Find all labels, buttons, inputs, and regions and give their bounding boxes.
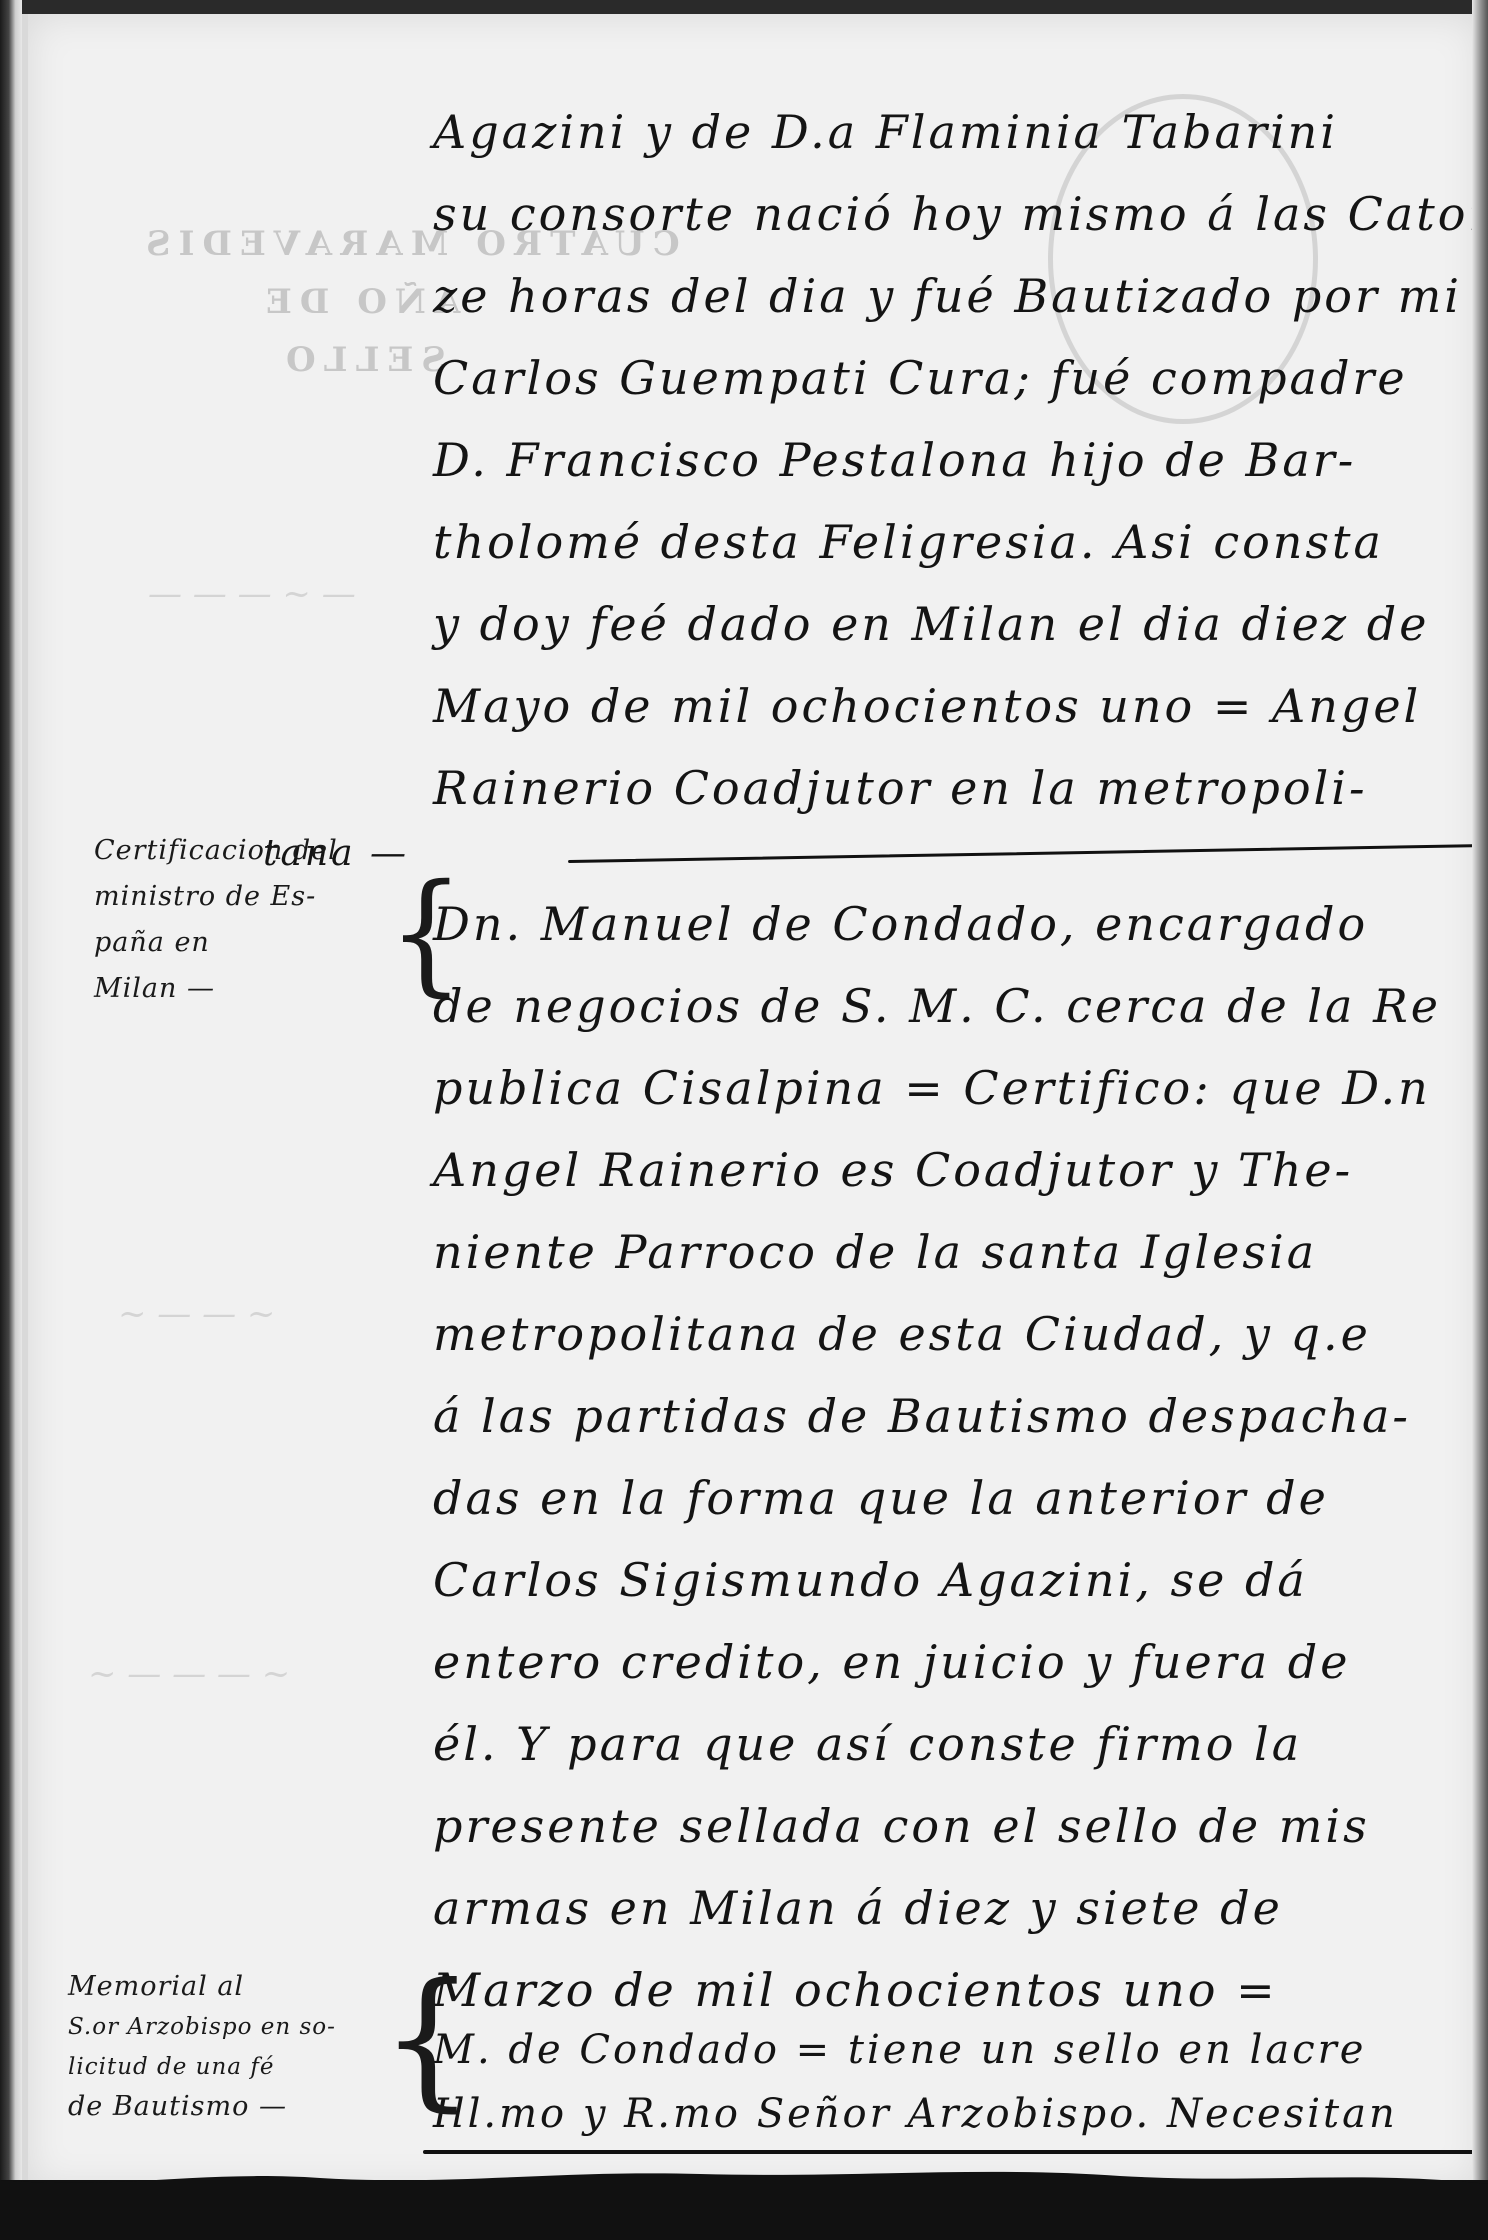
stamp-show-through-line: AÑO DE xyxy=(258,282,460,322)
text-line: Ill.mo y R.mo Señor Arzobispo. Necesitan xyxy=(433,2084,1398,2144)
text-line: armas en Milan á diez y siete de xyxy=(433,1878,1283,1938)
margin-note-line: Certificacion del xyxy=(94,834,338,868)
text-line: metropolitana de esta Ciudad, y q.e xyxy=(433,1304,1371,1364)
text-line: Dn. Manuel de Condado, encargado xyxy=(433,894,1368,954)
text-line: niente Parroco de la santa Iglesia xyxy=(433,1222,1317,1282)
text-line: Angel Rainerio es Coadjutor y The- xyxy=(433,1140,1353,1200)
text-line: Carlos Sigismundo Agazini, se dá xyxy=(433,1550,1308,1610)
text-line: tholomé desta Feligresia. Asi consta xyxy=(433,512,1384,572)
margin-note-line: S.or Arzobispo en so- xyxy=(68,2010,336,2044)
section-separator-rule xyxy=(568,844,1488,863)
bleed-through-text: — — — ~ — xyxy=(148,574,356,614)
torn-edge-shape xyxy=(0,2140,1488,2200)
text-line: entero credito, en juicio y fuera de xyxy=(433,1632,1350,1692)
scan-top-edge xyxy=(0,0,1488,14)
text-line: de negocios de S. M. C. cerca de la Re xyxy=(433,976,1441,1036)
text-line: Marzo de mil ochocientos uno = xyxy=(433,1960,1278,2020)
margin-note-line: paña en xyxy=(94,926,210,960)
page-right-edge xyxy=(1472,0,1488,2240)
page-binding-edge xyxy=(0,0,22,2240)
margin-note-line: Memorial al xyxy=(68,1970,244,2004)
text-line: M. de Condado = tiene un sello en lacre xyxy=(433,2020,1366,2080)
text-line: Mayo de mil ochocientos uno = Angel xyxy=(433,676,1421,736)
text-line: Agazini y de D.a Flaminia Tabarini xyxy=(433,102,1338,162)
margin-note-line: licitud de una fé xyxy=(68,2050,274,2084)
bleed-through-text: ~ — — — ~ xyxy=(88,1654,290,1694)
margin-brace: { xyxy=(380,1964,475,2114)
text-line: publica Cisalpina = Certifico: que D.n xyxy=(433,1058,1431,1118)
text-line: á las partidas de Bautismo despacha- xyxy=(433,1386,1411,1446)
margin-note-line: de Bautismo — xyxy=(68,2090,287,2124)
bleed-through-text: ~ — — ~ xyxy=(118,1294,275,1334)
text-line: su consorte nació hoy mismo á las Cator- xyxy=(433,184,1488,244)
text-line: él. Y para que así conste firmo la xyxy=(433,1714,1302,1774)
text-line: Carlos Guempati Cura; fué compadre xyxy=(433,348,1408,408)
stamp-show-through-line: SELLO xyxy=(278,340,446,380)
text-line: ze horas del dia y fué Bautizado por mi xyxy=(433,266,1462,326)
torn-bottom-edge xyxy=(0,2180,1488,2240)
manuscript-page: CUATRO MARAVEDIS AÑO DE SELLO — — — ~ — … xyxy=(22,14,1480,2189)
text-line: y doy feé dado en Milan el dia diez de xyxy=(433,594,1429,654)
margin-note-line: ministro de Es- xyxy=(94,880,316,914)
text-line: D. Francisco Pestalona hijo de Bar- xyxy=(433,430,1356,490)
text-line: Rainerio Coadjutor en la metropoli- xyxy=(433,758,1367,818)
text-line: das en la forma que la anterior de xyxy=(433,1468,1329,1528)
text-line: presente sellada con el sello de mis xyxy=(433,1796,1370,1856)
margin-note-line: Milan — xyxy=(94,972,215,1006)
